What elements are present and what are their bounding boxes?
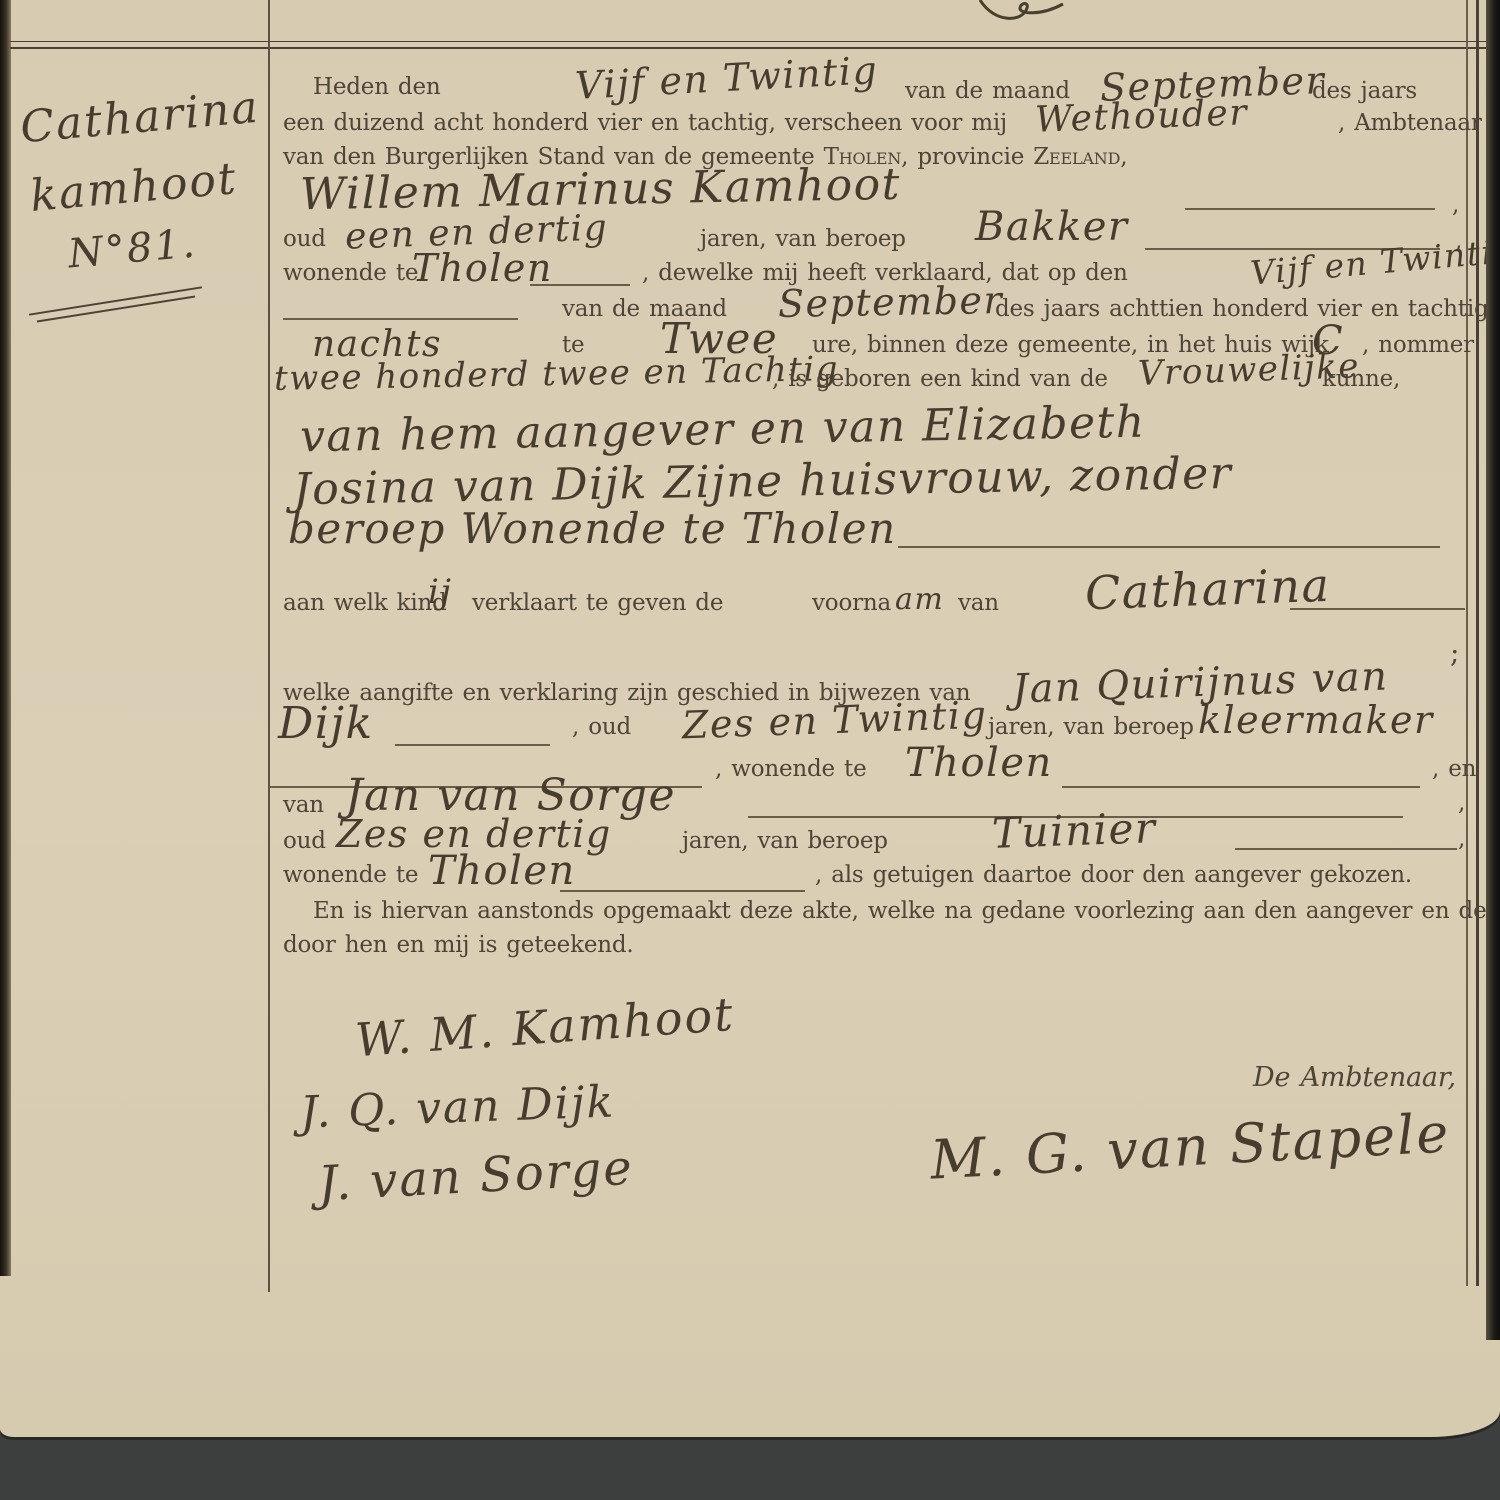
official-label: De Ambtenaar, — [1253, 1062, 1456, 1093]
signature-witness2: J. van Sorge — [317, 1140, 635, 1212]
cutoff-flourish-icon — [975, 0, 1065, 22]
blank-line — [283, 318, 518, 320]
printed-aan-welk-kind: aan welk kind — [283, 590, 447, 616]
hw-witness1-profession: kleermaker — [1198, 698, 1434, 742]
act-number: N°81. — [66, 220, 198, 277]
margin-flourish-line-1 — [29, 286, 202, 315]
printed-van: van — [958, 590, 999, 616]
printed-oud-3: oud — [283, 828, 326, 854]
printed-des-jaars: des jaars — [1312, 78, 1417, 104]
hw-house-number: twee honderd twee en Tachtig — [274, 349, 840, 399]
blank-line — [1290, 608, 1465, 610]
right-comma-4: , — [1458, 826, 1465, 852]
printed-verklaart: verklaart te geven de — [472, 590, 723, 616]
hw-naam-suffix: am — [895, 582, 944, 617]
signature-official: M. G. van Stapele — [929, 1101, 1452, 1191]
blank-line — [1235, 848, 1457, 850]
blank-line — [395, 744, 550, 746]
right-table-border-outer — [1476, 0, 1479, 1286]
signature-declarant: W. M. Kamhoot — [354, 987, 737, 1067]
signature-witness1: J. Q. van Dijk — [299, 1077, 616, 1139]
scan-background: Catharina kamhoot N°81. Heden den Vijf e… — [0, 0, 1500, 1500]
hw-birth-day: Vijf en Twintig — [1249, 230, 1500, 292]
hw-witness2-residence: Tholen — [428, 848, 576, 894]
printed-achttien-honderd: des jaars achttien honderd vier en tacht… — [995, 296, 1500, 322]
hw-witness2-profession: Tuinier — [991, 803, 1157, 858]
blank-line — [530, 284, 630, 286]
hw-witness1-name-part2: Dijk — [278, 698, 374, 749]
printed-wonende-te-3: wonende te — [283, 862, 418, 888]
blank-line — [898, 546, 1440, 548]
printed-closing-1: En is hiervan aanstonds opgemaakt deze a… — [313, 898, 1500, 924]
hw-insertion-mark: ij — [428, 572, 452, 612]
margin-child-first-name: Catharina — [18, 82, 261, 154]
printed-jaren-beroep-1: jaren, van beroep — [700, 226, 906, 252]
right-comma-3: , — [1458, 790, 1465, 816]
header-rule-bottom — [10, 47, 1488, 49]
right-scan-edge — [1486, 0, 1500, 1340]
margin-divider-line — [268, 0, 270, 1292]
printed-closing-2: door hen en mij is geteekend. — [283, 932, 633, 958]
printed-wonende-te-2: , wonende te — [715, 756, 867, 782]
header-rule-top — [10, 41, 1488, 42]
printed-wonende-te-1: wonende te — [283, 260, 418, 286]
printed-provincie: , provincie — [901, 144, 1033, 170]
printed-van-2: van — [283, 792, 324, 818]
printed-kunne: kunne, — [1322, 366, 1400, 392]
margin-child-surname: kamhoot — [28, 153, 239, 222]
printed-jaren-beroep-3: jaren, van beroep — [682, 828, 888, 854]
printed-jaren-beroep-2: jaren, van beroep — [988, 714, 1194, 740]
left-gutter-shadow — [0, 0, 11, 1276]
hw-child-given-name: Catharina — [1084, 558, 1331, 621]
blank-line — [1062, 786, 1420, 788]
printed-ambtenaar: , Ambtenaar — [1338, 110, 1482, 136]
blank-line — [1185, 208, 1435, 210]
hw-witness1-residence: Tholen — [905, 740, 1053, 786]
printed-als-getuigen: , als getuigen daartoe door den aangever… — [815, 862, 1412, 888]
printed-voorna: voorna — [812, 590, 891, 616]
hw-mother-residence: beroep Wonende te Tholen — [288, 504, 897, 553]
register-page: Catharina kamhoot N°81. Heden den Vijf e… — [0, 0, 1500, 1437]
printed-oud-2: , oud — [572, 714, 631, 740]
right-semicolon: ; — [1450, 636, 1459, 669]
hw-official-title: Wethouder — [1034, 92, 1248, 140]
right-table-border-inner — [1466, 0, 1468, 1286]
right-comma-1: , — [1452, 192, 1459, 218]
blank-line — [560, 890, 805, 892]
printed-nommer: , nommer — [1362, 332, 1474, 358]
printed-comma: , — [1120, 144, 1127, 170]
printed-oud: oud — [283, 226, 326, 252]
hw-birth-month: September — [778, 278, 1004, 326]
printed-provincie-name: Zeeland — [1033, 144, 1120, 170]
hw-day: Vijf en Twintig — [574, 48, 879, 108]
printed-year-verscheen: een duizend acht honderd vier en tachtig… — [283, 110, 1007, 136]
printed-is-geboren: , is geboren een kind van de — [772, 366, 1108, 392]
hw-declarant-profession: Bakker — [975, 204, 1129, 250]
printed-en: , en — [1432, 756, 1476, 782]
printed-heden-den: Heden den — [313, 74, 440, 100]
